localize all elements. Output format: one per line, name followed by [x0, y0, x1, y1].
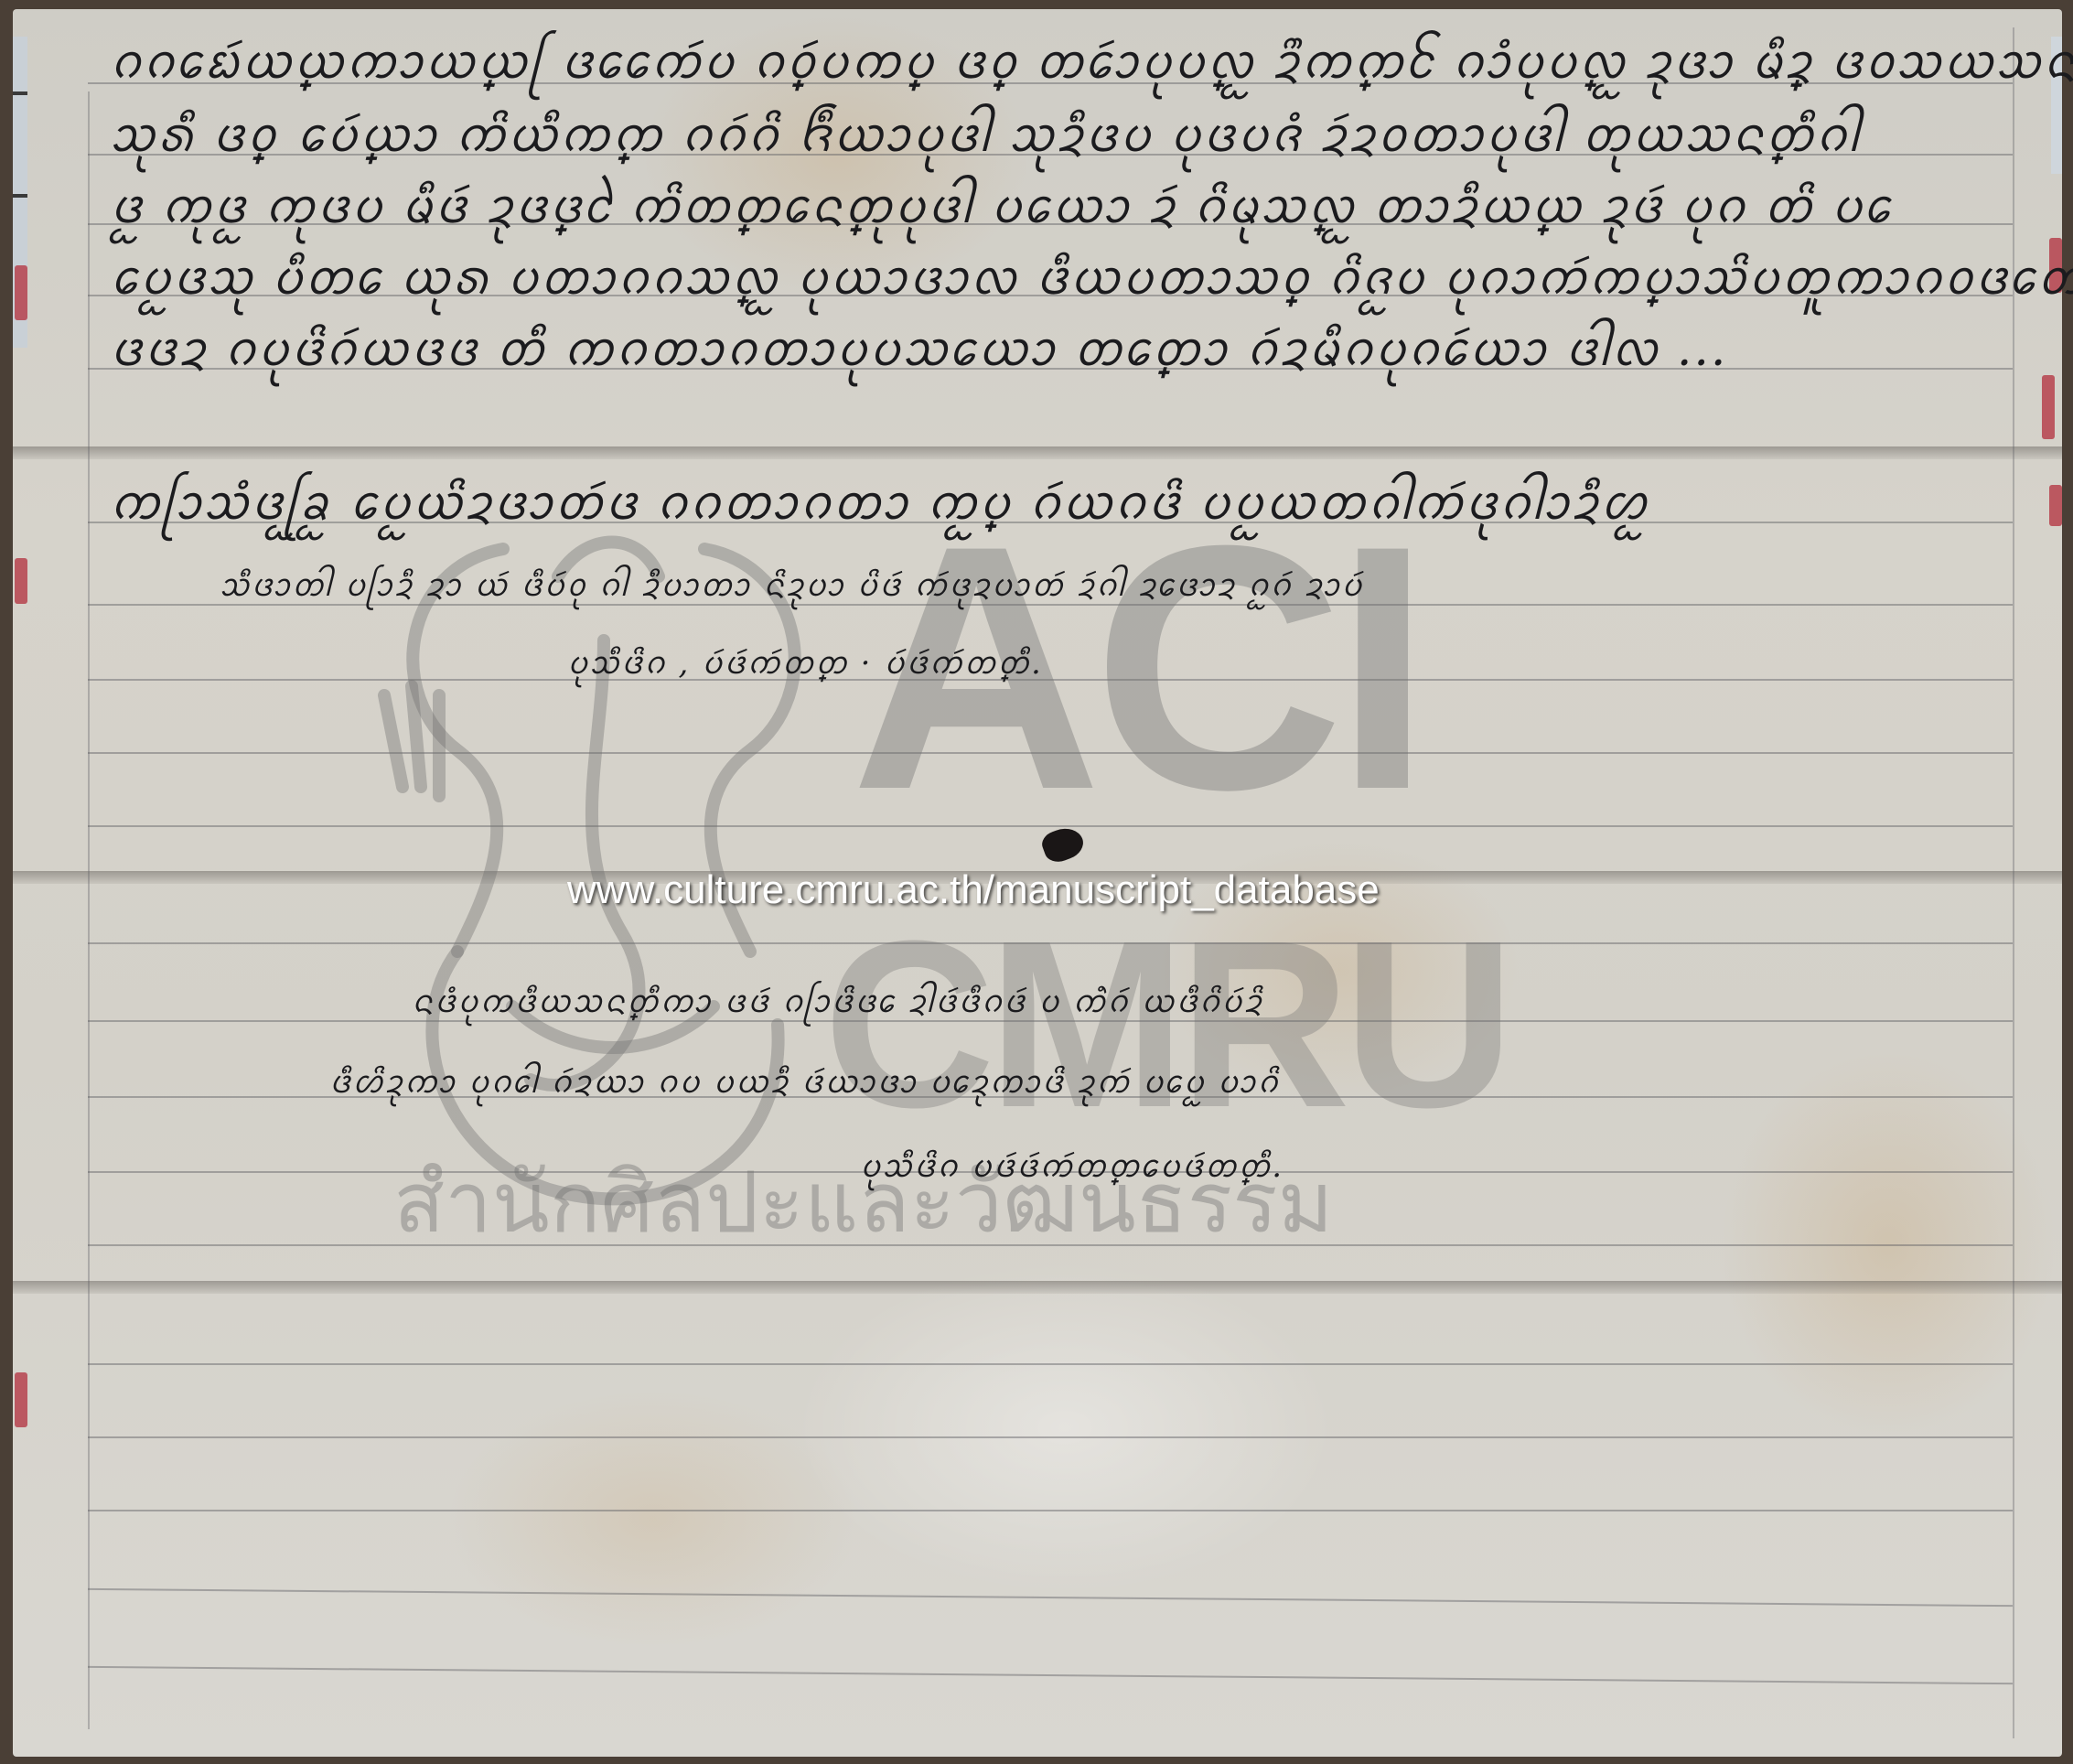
- watermark-url: www.culture.cmru.ac.th/manuscript_databa…: [567, 867, 1380, 913]
- ruled-line: [88, 1363, 2013, 1365]
- red-edge-mark: [15, 558, 27, 604]
- ruled-line: [88, 1436, 2013, 1438]
- red-edge-mark: [2042, 375, 2055, 439]
- manuscript-line: ᨠᩕᩣᩈᩴᨴᩕᩬᨡᩬ ᩮᨷᩬᨿᩦᨯᨴᩣᨲᩢᨴ ᨣᨣᨲᩣᨣᨲᩣ ᨠᩬ᩠ᨷ ᨣᩢᨿᨣ…: [110, 468, 1649, 544]
- red-edge-mark: [2049, 485, 2062, 526]
- left-margin-rule: [88, 91, 90, 1729]
- manuscript-line: ᩈᩥᨴᩣᨲᩤ ᨷᩕᩣᨯᩥ ᨯᩣ ᨿᩢ ᨴᩥᨷᩢᩅᩩ ᨣᩤ ᨯᩥᨷᩣᨲᩣ ᨶᩦᨯᩩ…: [220, 563, 1364, 612]
- manuscript-line: ᨴᩥᩉᩦᨯᩩᨠᩣ ᨷᩩᨣᩮᩤ ᨣᩢᨯᨿᩣ ᨣᨷ ᨷᨿᨯᩥ ᨴᩢᨿᩣᨴᩣ ᨷᩮᨯᩩ…: [329, 1059, 1280, 1109]
- red-edge-mark: [15, 1372, 27, 1427]
- manuscript-line: ᨷᩩᩈᩥᨴᩦᨣ , ᨷᩢᨴᩢᨠᩢᨲ᩠ᨲ · ᨷᩢᨴᩢᨠᩢᨲ᩠ᨲᩥ.: [567, 640, 1043, 690]
- manuscript-line: ᨷᩩᩈᩥᨴᩦᨣ ᨷᨴᩢᨴᩢᨠᩢᨲ᩠ᨲᩮᨷᨴᩢᨲ᩠ᨲᩥ.: [860, 1144, 1284, 1193]
- fold-line: [13, 446, 2062, 459]
- manuscript-line: ᨣᨣᩮᨭᩢᨿ᩠ᨿᨠᩣᨿ᩠ᨿᩕ ᨴᩯᨠᩢᨷ ᨣ᩠ᩅᩢᨷᨠ᩠ᨷ ᨴ᩠ᩅ ᨲᩮᩢᩣᨷᩩ…: [110, 27, 2073, 103]
- fold-line: [13, 1281, 2062, 1294]
- manuscript-line: ᩈᩩᩁᩥ ᨴ᩠ᩅ ᩮᨷᩢ᩠ᨿᩣ ᨠᩦᨿᩥᨠ᩠ᨠ ᨣᨣᩢᨣᩦ ᨪᩥᨿᩣᨷᩩᨴᩤ ᩈ…: [110, 101, 1861, 177]
- red-edge-mark: [15, 265, 27, 320]
- manuscript-line: ᩮᨷᩬᨴᩈᩩ ᨷᩥᨲᩮ ᨿᩩᩁ ᨷᨲᩣᨣᨣᩈ᩠ᩃᩬ ᨷᩩᨿᩣᨴᩣᩃ ᨴᩥᨿᨷᨲᩣ…: [110, 243, 2073, 319]
- manuscript-line: ᨴᩬ ᨠᩩᨴᩬ ᨠᩩᨴᨷ ᨾᩥᨴᩢ ᨯᩩᨴ᩠ᨴᩱ ᨠᩦᨲ᩠ᨲᩮᨶ᩠ᨲᩩᨷᩩᨴᩤ …: [110, 172, 1892, 248]
- ruled-line: [88, 1510, 2013, 1511]
- manuscript-line: ᨶᨴᩴᨷᩩᨠᨴᩥᨿᩈᨶ᩠ᨲᩥᨠᩣ ᨴᨴᩢ ᨣᩕᩣᨴᩦᨴᩮ ᨯᩤᨴᩢᨴᩥᨣᨴᩢ ᨷ…: [412, 979, 1263, 1028]
- manuscript-line: ᨴᨴᨯ ᨣᨷᩩᨴᩦᨣᩢᨿᨴᨴ ᨲᩥ ᨠᨣᨲᩣᨣᨲᩣᨷᩩᨷᩈᩮᨿᩣ ᨲᩮ᩠ᨲᩣ ᨣ…: [110, 315, 1727, 391]
